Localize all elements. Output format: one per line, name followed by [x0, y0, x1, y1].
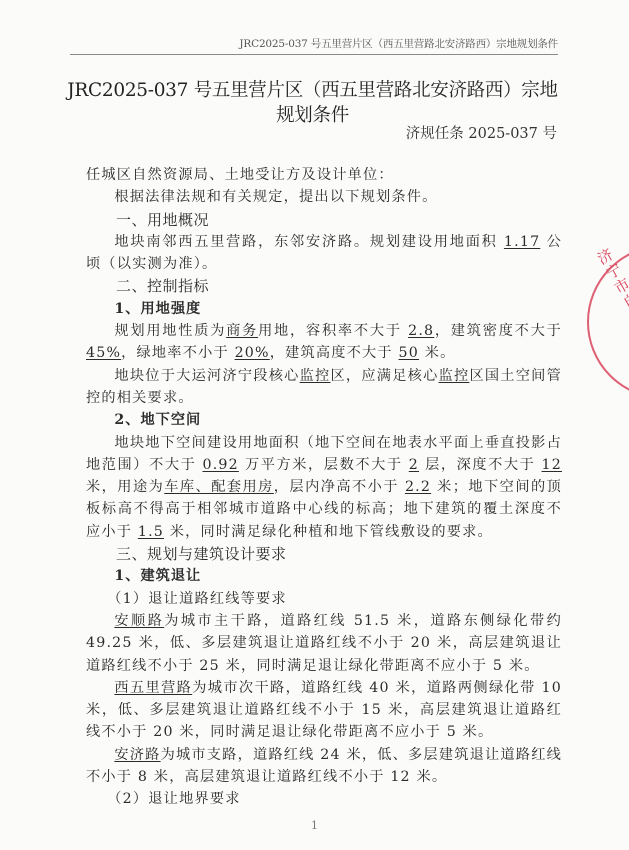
land-use-value: 商务 — [226, 323, 258, 339]
site-area-value: 1.17 — [504, 234, 540, 250]
salutation: 任城区自然资源局、土地受让方及设计单位： — [86, 164, 562, 186]
setback-item-2: （2）退让地界要求 — [86, 788, 562, 810]
subsection-2-2-heading: 2、地下空间 — [86, 409, 562, 431]
subsection-3-1-heading: 1、建筑退让 — [86, 565, 562, 587]
canal-zone-paragraph: 地块位于大运河济宁段核心监控区，应满足核心监控区国土空间管控的相关要求。 — [86, 365, 562, 410]
document-title: JRC2025-037 号五里营片区（西五里营路北安济路西）宗地 规划条件 — [60, 78, 565, 128]
running-header: JRC2025-037 号五里营片区（西五里营路北安济路西）宗地规划条件 — [70, 36, 558, 55]
density-value: 45% — [86, 345, 121, 361]
green-ratio-value: 20% — [235, 345, 270, 361]
document-number: 济规任条 2025-037 号 — [406, 122, 557, 143]
section-1-heading: 一、用地概况 — [86, 209, 562, 231]
section-3-heading: 三、规划与建筑设计要求 — [86, 543, 562, 565]
document-body: 任城区自然资源局、土地受让方及设计单位： 根据法律法规和有关规定，提出以下规划条… — [86, 164, 562, 811]
land-intensity-paragraph: 规划用地性质为商务用地，容积率不大于 2.8，建筑密度不大于 45%，绿地率不小… — [86, 320, 562, 365]
intro-paragraph: 根据法律法规和有关规定，提出以下规划条件。 — [86, 186, 562, 208]
subsection-2-1-heading: 1、用地强度 — [86, 298, 562, 320]
road-xiwuliying-paragraph: 西五里营路为城市次干路，道路红线 40 米，道路两侧绿化带 10 米，低、多层建… — [86, 677, 562, 744]
section-2-heading: 二、控制指标 — [86, 275, 562, 297]
setback-item-1: （1）退让道路红线等要求 — [86, 588, 562, 610]
height-value: 50 — [399, 345, 419, 361]
underground-space-paragraph: 地块地下空间建设用地面积（地下空间在地表水平面上垂直投影占地范围）不大于 0.9… — [86, 432, 562, 543]
road-anji-paragraph: 安济路为城市支路，道路红线 24 米，低、多层建筑退让道路红线不小于 8 米，高… — [86, 744, 562, 789]
page-number: 1 — [0, 819, 629, 832]
site-overview-paragraph: 地块南邻西五里营路，东邻安济路。规划建设用地面积 1.17 公顷（以实测为准）。 — [86, 231, 562, 276]
title-line-1: JRC2025-037 号五里营片区（西五里营路北安济路西）宗地 — [60, 78, 565, 103]
road-anshun-paragraph: 安顺路为城市主干路，道路红线 51.5 米，道路东侧绿化带约 49.25 米，低… — [86, 610, 562, 677]
far-value: 2.8 — [408, 323, 434, 339]
